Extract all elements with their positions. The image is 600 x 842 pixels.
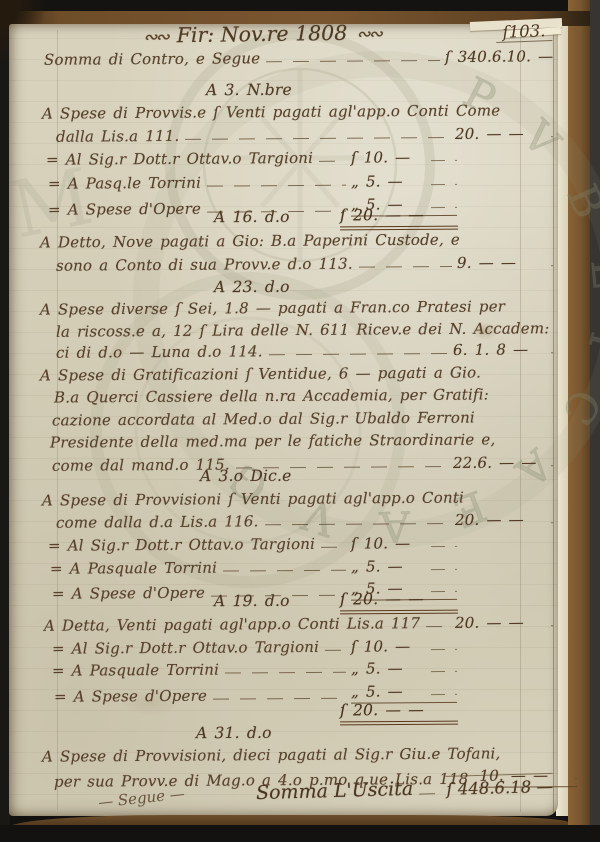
entry-text: A Spese diverse ſ Sei, 1.8 — pagati a Fr… xyxy=(40,297,505,318)
ledger-entry-row: dalla Lis.a 111.20. — — xyxy=(56,124,553,145)
ledger-entry-row: B.a Querci Cassiere della n.ra Accademia… xyxy=(54,385,489,406)
ledger-entry-row: cazione accordata al Med.o dal Sig.r Uba… xyxy=(52,409,475,430)
ledger-entry-row: la riscoss.e a, 12 ſ Lira delle N. 611 R… xyxy=(56,319,550,340)
dash-leader xyxy=(225,665,346,679)
sum-uscita-amount: ſ 448.6.18 — xyxy=(446,773,553,799)
ledger-subitem-row: = Al Sig.r Dott.r Ottav.o Targioniſ 10. … xyxy=(46,147,553,169)
sum-uscita-label: Somma L'Uscita xyxy=(256,778,414,804)
dash-leader xyxy=(269,346,448,360)
ledger-entry-row: A Spese di Provvis.e ſ Venti pagati agl'… xyxy=(42,101,500,122)
entry-text: Presidente della med.ma per le fatiche S… xyxy=(50,430,496,451)
ledger-subitem-row: = Al Sig.r Dott.r Ottav.o Targioniſ 10. … xyxy=(48,533,553,555)
dash-leader xyxy=(265,516,451,530)
dash-leader xyxy=(321,540,346,553)
dash-leader xyxy=(185,130,450,145)
amount-cell: ſ 10. — xyxy=(351,637,457,656)
amount-cell: 22.6. — — xyxy=(453,453,553,472)
section-date-header: A 19. d.o xyxy=(214,592,290,610)
dash-trail xyxy=(575,771,577,784)
amount-value: 6. 1. 8 — xyxy=(453,340,551,359)
total-rule: ſ 20. — — xyxy=(340,590,458,615)
column-total-row: ſ 20. — — xyxy=(340,590,458,615)
dash-leader xyxy=(319,154,346,167)
ledger-entry-row: Somma di Contro, e Segueſ 340.6.10. — xyxy=(44,47,553,69)
dash-trail xyxy=(431,642,457,655)
dash-trail xyxy=(431,562,457,575)
entry-text: sono a Conto di sua Provv.e d.o 113. xyxy=(56,255,353,275)
entry-text: A Detta, Venti pagati agl'app.o Conti Li… xyxy=(44,614,420,635)
amount-cell: 20. — — xyxy=(455,124,553,143)
ledger-subitem-row: = A Spese d'Opere„ 5. — xyxy=(54,681,553,705)
dash-trail xyxy=(431,539,457,552)
ledger-entry-row: ci di d.o — Luna d.o 114.6. 1. 8 — xyxy=(56,340,553,361)
amount-cell: 9. — — xyxy=(457,253,553,272)
dash-trail xyxy=(551,258,553,271)
subitem-text: = A Spese d'Opere xyxy=(52,584,205,603)
subitem-text: = A Spese d'Opere xyxy=(54,687,207,706)
amount-value: 20. — — xyxy=(455,613,551,632)
page-number: ſ103. xyxy=(496,21,553,43)
amount-value: ſ 340.6.10. — xyxy=(445,47,553,66)
amount-value: „ 5. — xyxy=(351,557,431,576)
column-total-row: ſ 20. — — xyxy=(340,701,458,726)
dash-trail xyxy=(551,129,553,142)
dash-trail xyxy=(551,618,553,631)
ledger-entry-row: come dalla d.a Lis.a 116.20. — — xyxy=(56,510,553,531)
manuscript-scan: P V B L I C A E A V G M ∾∾Fir: Nov.re 18… xyxy=(0,0,600,842)
ledger-subitem-row: = A Pasq.le Torrini„ 5. — xyxy=(48,171,553,193)
ledger-entry-row: come dal mand.o 115.22.6. — — xyxy=(52,453,553,474)
dash-leader xyxy=(419,786,442,800)
ledger-subitem-row: = Al Sig.r Dott.r Ottav.o Targioniſ 10. … xyxy=(52,636,553,657)
dash-trail xyxy=(431,153,457,166)
ledger-subitem-row: = A Spese d'Opere„ 5. — xyxy=(48,194,553,219)
amount-value: 20. — — xyxy=(455,124,551,143)
amount-value: 9. — — xyxy=(457,253,551,272)
dash-leader xyxy=(325,643,346,656)
dash-leader xyxy=(223,563,346,577)
entry-text: dalla Lis.a 111. xyxy=(56,127,180,146)
amount-value: ſ 10. — xyxy=(351,148,431,167)
entry-text: A Spese di Provvisioni, dieci pagati al … xyxy=(42,744,501,765)
total-amount: ſ 20. — — xyxy=(340,206,424,225)
subitem-text: = A Pasquale Torrini xyxy=(50,559,217,578)
entry-text: come dalla d.a Lis.a 116. xyxy=(56,512,259,531)
entry-text: cazione accordata al Med.o dal Sig.r Uba… xyxy=(52,409,475,430)
amount-cell: 6. 1. 8 — xyxy=(453,340,553,359)
ledger-entry-row: A Spese diverse ſ Sei, 1.8 — pagati a Fr… xyxy=(40,297,505,318)
dash-leader xyxy=(359,259,452,273)
subitem-text: = Al Sig.r Dott.r Ottav.o Targioni xyxy=(46,149,313,169)
subitem-text: = A Pasq.le Torrini xyxy=(48,174,201,193)
dash-trail xyxy=(551,515,553,528)
dash-leader xyxy=(266,53,440,67)
amount-value: ſ 10. — xyxy=(351,637,431,656)
total-rule: ſ 20. — — xyxy=(340,206,458,231)
dash-leader xyxy=(207,178,346,192)
section-date-header: A 23. d.o xyxy=(214,278,290,296)
amount-value: 20. — — xyxy=(455,510,551,529)
ledger-subitem-row: = A Pasquale Torrini„ 5. — xyxy=(52,658,553,679)
amount-value: ſ 10. — xyxy=(351,534,431,553)
amount-cell: „ 5. — xyxy=(351,659,457,678)
entry-text: B.a Querci Cassiere della n.ra Accademia… xyxy=(54,385,489,406)
section-date-header: A 3.o Dic.e xyxy=(200,467,292,485)
book-cover-edge-right xyxy=(568,0,590,842)
column-total-row: ſ 20. — — xyxy=(340,206,458,231)
amount-value: 22.6. — — xyxy=(453,453,551,472)
ledger-subitem-row: = A Pasquale Torrini„ 5. — xyxy=(50,556,553,578)
amount-cell: ſ 10. — xyxy=(351,148,457,167)
dash-trail xyxy=(431,687,457,700)
ledger-subitem-row: = A Spese d'Opere„ 5. — xyxy=(52,578,553,602)
margin-rule-right xyxy=(553,26,554,814)
amount-value: „ 5. — xyxy=(351,659,431,678)
entry-text: A Spese di Provvisioni ſ Venti pagati ag… xyxy=(42,489,464,510)
subitem-text: = Al Sig.r Dott.r Ottav.o Targioni xyxy=(48,535,315,555)
ledger-entry-row: Presidente della med.ma per le fatiche S… xyxy=(50,430,496,451)
amount-value: „ 5. — xyxy=(351,682,431,701)
title-flourish-right: ∾∾ xyxy=(347,24,390,45)
total-amount: ſ 20. — — xyxy=(340,701,424,720)
page-title: Fir: Nov.re 1808 xyxy=(177,21,348,47)
ledger-entry-row: A Spese di Provvisioni ſ Venti pagati ag… xyxy=(42,489,464,510)
entry-text: A Spese di Provvis.e ſ Venti pagati agl'… xyxy=(42,101,500,122)
subitem-text: = A Spese d'Opere xyxy=(48,200,201,219)
entry-text: A Detto, Nove pagati a Gio: B.a Paperini… xyxy=(40,231,460,252)
ledger-entry-row: A Detto, Nove pagati a Gio: B.a Paperini… xyxy=(40,231,460,252)
ledger-entry-row: A Spese di Gratificazioni ſ Ventidue, 6 … xyxy=(40,363,481,384)
dash-trail xyxy=(431,664,457,677)
amount-cell: „ 5. — xyxy=(351,172,457,191)
dash-leader xyxy=(213,691,346,705)
total-rule: ſ 20. — — xyxy=(340,701,458,726)
date-title-row: ∾∾Fir: Nov.re 1808∾∾ xyxy=(118,20,406,48)
entry-text: Somma di Contro, e Segue xyxy=(44,49,260,69)
amount-cell: „ 5. — xyxy=(351,557,457,576)
entry-text: ci di d.o — Luna d.o 114. xyxy=(56,342,263,361)
ledger-entry-row: sono a Conto di sua Provv.e d.o 113.9. —… xyxy=(56,253,553,274)
title-flourish-left: ∾∾ xyxy=(134,27,177,48)
section-date-header: A 31. d.o xyxy=(196,724,272,742)
amount-value: „ 5. — xyxy=(351,172,431,191)
amount-cell: 20. — — xyxy=(455,613,553,632)
entry-text: A Spese di Gratificazioni ſ Ventidue, 6 … xyxy=(40,363,481,384)
dash-trail xyxy=(551,458,553,471)
dash-leader xyxy=(426,619,450,632)
subitem-text: = A Pasquale Torrini xyxy=(52,661,219,680)
ledger-entry-row: A Spese di Provvisioni, dieci pagati al … xyxy=(42,744,501,765)
amount-cell: ſ 340.6.10. — xyxy=(445,47,553,66)
subitem-text: = Al Sig.r Dott.r Ottav.o Targioni xyxy=(52,638,319,658)
total-amount: ſ 20. — — xyxy=(340,590,424,609)
scan-frame-bottom xyxy=(0,825,600,842)
dash-trail xyxy=(431,177,457,190)
amount-cell: ſ 10. — xyxy=(351,534,457,553)
section-date-header: A 16. d.o xyxy=(214,208,290,226)
amount-cell: 20. — — xyxy=(455,510,553,529)
ledger-entry-row: A Detta, Venti pagati agl'app.o Conti Li… xyxy=(44,613,553,635)
section-date-header: A 3. N.bre xyxy=(206,81,292,99)
dash-trail xyxy=(551,345,553,358)
entry-text: la riscoss.e a, 12 ſ Lira delle N. 611 R… xyxy=(56,319,550,340)
